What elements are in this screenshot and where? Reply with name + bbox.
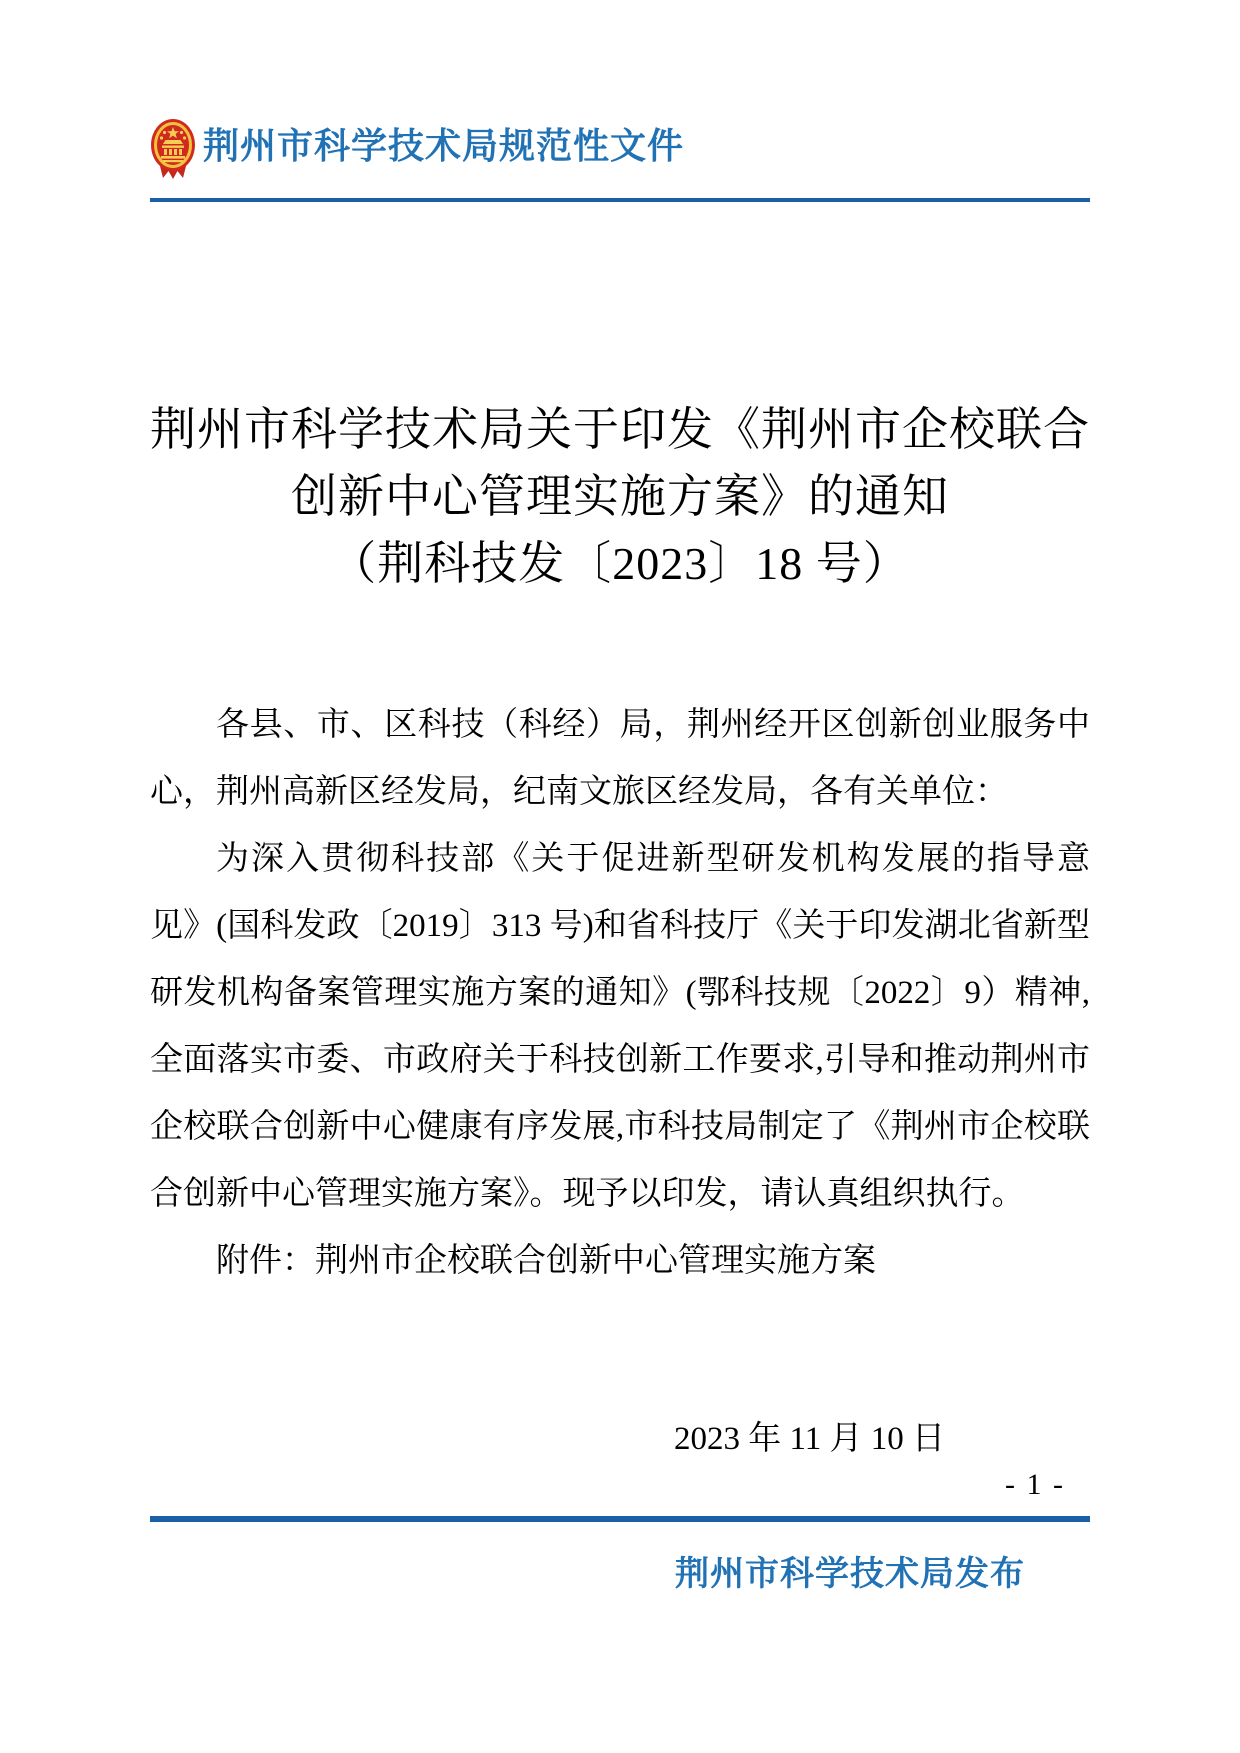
document-header: 荆州市科学技术局规范性文件: [150, 118, 1090, 180]
body-paragraph-main: 为深入贯彻科技部《关于促进新型研发机构发展的指导意见》(国科发政〔2019〕31…: [150, 826, 1090, 1228]
body-paragraph-recipients: 各县、市、区科技（科经）局，荆州经开区创新创业服务中心，荆州高新区经发局，纪南文…: [150, 692, 1090, 826]
document-page: 荆州市科学技术局规范性文件 荆州市科学技术局关于印发《荆州市企校联合 创新中心管…: [0, 0, 1240, 1753]
signoff-date: 2023 年 11 月 10 日: [674, 1421, 945, 1457]
signoff-date-line: 2023 年 11 月 10 日: [150, 1412, 1090, 1459]
document-title-line2: 创新中心管理实施方案》的通知: [150, 463, 1090, 530]
body-paragraph-attachment: 附件：荆州市企校联合创新中心管理实施方案: [150, 1228, 1090, 1295]
document-number-line: （荆科技发〔2023〕18 号）: [150, 530, 1090, 597]
footer-publisher-label: 荆州市科学技术局发布: [150, 1546, 1090, 1595]
document-title-line1: 荆州市科学技术局关于印发《荆州市企校联合: [150, 396, 1090, 463]
header-divider: [150, 198, 1090, 202]
document-body: 各县、市、区科技（科经）局，荆州经开区创新创业服务中心，荆州高新区经发局，纪南文…: [150, 692, 1090, 1295]
document-title: 荆州市科学技术局关于印发《荆州市企校联合 创新中心管理实施方案》的通知 （荆科技…: [150, 396, 1090, 597]
footer-divider: [150, 1516, 1090, 1522]
header-agency-label: 荆州市科学技术局规范性文件: [203, 128, 684, 170]
national-emblem-icon: [150, 118, 196, 180]
page-number: - 1 -: [1005, 1468, 1065, 1502]
